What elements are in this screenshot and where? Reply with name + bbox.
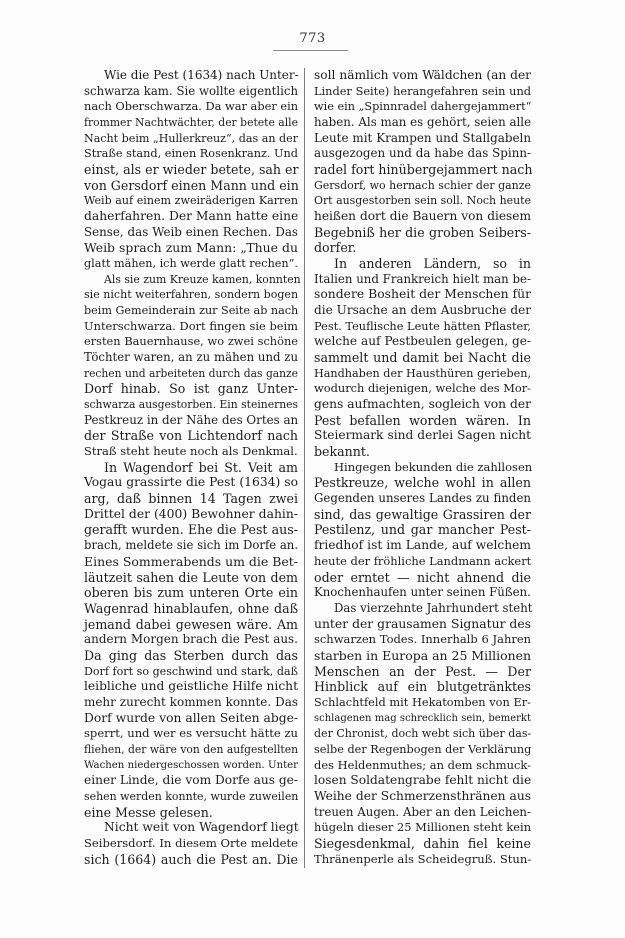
text-line: Begebniß her die groben Seibers- bbox=[314, 225, 531, 241]
text-line: Dorf fort so geschwind und stark, daß bbox=[84, 664, 298, 680]
text-line: Unterschwarza. Dort fingen sie beim bbox=[84, 319, 298, 335]
text-line: Menschen an der Pest. — Der bbox=[314, 664, 531, 680]
text-line: Gegenden unseres Landes zu finden bbox=[314, 491, 531, 507]
text-line: Weihe der Schmerzensthränen aus bbox=[314, 789, 531, 805]
text-line: friedhof ist im Lande, auf welchem bbox=[314, 538, 531, 554]
text-line: schwarzen Todes. Innerhalb 6 Jahren bbox=[314, 632, 531, 648]
text-line: Töchter waren, an zu mähen und zu bbox=[84, 350, 298, 366]
text-line: wie ein „Spinnradel dahergejammert“ bbox=[314, 99, 531, 115]
text-line: Straß steht heute noch als Denkmal. bbox=[84, 444, 298, 460]
text-line: Gersdorf, wo hernach schier der ganze bbox=[314, 178, 531, 194]
text-line: Sense, das Weib einen Rechen. Das bbox=[84, 225, 298, 241]
text-line: gerafft wurden. Ehe die Pest aus- bbox=[84, 522, 298, 538]
text-line: gens aufmachten, sogleich von der bbox=[314, 397, 531, 413]
text-line: In anderen Ländern, so in bbox=[314, 256, 531, 272]
text-line: eine Messe gelesen. bbox=[84, 805, 298, 821]
text-line: hügeln dieser 25 Millionen steht kein bbox=[314, 820, 531, 836]
text-line: oder erntet — nicht ahnend die bbox=[314, 570, 531, 586]
text-line: Seibersdorf. In diesem Orte meldete bbox=[84, 836, 298, 852]
text-line: soll nämlich vom Wäldchen (an der bbox=[314, 68, 531, 84]
text-line: der Chronist, doch webt sich über das- bbox=[314, 726, 531, 742]
text-line: mehr zurecht kommen konnte. Das bbox=[84, 695, 298, 711]
text-line: läutzeit sahen die Leute von dem bbox=[84, 570, 298, 586]
header-rule bbox=[273, 50, 348, 51]
text-line: Pestkreuz in der Nähe des Ortes an bbox=[84, 413, 298, 429]
text-line: sondere Bosheit der Menschen für bbox=[314, 287, 531, 303]
text-line: Italien und Frankreich hielt man be- bbox=[314, 272, 531, 288]
text-line: nach Oberschwarza. Da war aber ein bbox=[84, 99, 298, 115]
text-line: frommer Nachtwächter, der betete alle bbox=[84, 115, 298, 131]
text-line: Da ging das Sterben durch das bbox=[84, 648, 298, 664]
text-line: Knochenhaufen unter seinen Füßen. bbox=[314, 585, 531, 601]
text-line: Steiermark sind derlei Sagen nicht bbox=[314, 428, 531, 444]
text-line: welche auf Pestbeulen gelegen, ge- bbox=[314, 334, 531, 350]
text-line: Pest befallen worden wären. In bbox=[314, 413, 531, 429]
text-line: sammelt und damit bei Nacht die bbox=[314, 350, 531, 366]
text-line: Ort ausgestorben sein soll. Noch heute bbox=[314, 193, 531, 209]
text-line: wodurch diejenigen, welche des Mor- bbox=[314, 381, 531, 397]
text-line: In Wagendorf bei St. Veit am bbox=[84, 460, 298, 476]
text-line: Dorf hinab. So ist ganz Unter- bbox=[84, 381, 298, 397]
text-line: andern Morgen brach die Pest aus. bbox=[84, 632, 298, 648]
text-line: Straße stand, einen Rosenkranz. Und bbox=[84, 146, 298, 162]
page-number: 773 bbox=[0, 31, 625, 46]
text-line: Nicht weit von Wagendorf liegt bbox=[84, 820, 298, 836]
text-line: schwarza ausgestorben. Ein steinernes bbox=[84, 397, 298, 413]
text-line: des Heldenmuthes; an dem schmuck- bbox=[314, 758, 531, 774]
text-line: schlagenen mag schrecklich sein, bemerkt bbox=[314, 711, 531, 727]
text-line: Weib sprach zum Mann: „Thue du bbox=[84, 240, 298, 256]
text-line: heute der fröhliche Landmann ackert bbox=[314, 554, 531, 570]
text-line: einer Linde, die vom Dorfe aus ge- bbox=[84, 773, 298, 789]
text-line: Siegesdenkmal, dahin fiel keine bbox=[314, 836, 531, 852]
text-line: arg, daß binnen 14 Tagen zwei bbox=[84, 491, 298, 507]
text-line: Dorf wurde von allen Seiten abge- bbox=[84, 711, 298, 727]
text-line: Handhaben der Hausthüren gerieben, bbox=[314, 366, 531, 382]
text-line: treuen Augen. Aber an den Leichen- bbox=[314, 805, 531, 821]
text-line: unter der grausamen Signatur des bbox=[314, 617, 531, 633]
text-line: oberen bis zum unteren Orte ein bbox=[84, 585, 298, 601]
text-line: Nacht beim „Hullerkreuz“, das an der bbox=[84, 131, 298, 147]
text-line: dorfer. bbox=[314, 240, 531, 256]
text-line: Drittel der (400) Bewohner dahin- bbox=[84, 507, 298, 523]
text-line: schwarza kam. Sie wollte eigentlich bbox=[84, 84, 298, 100]
text-line: Weib auf einem zweiräderigen Karren bbox=[84, 193, 298, 209]
text-line: Vogau grassirte die Pest (1634) so bbox=[84, 475, 298, 491]
text-line: rechen und arbeiteten durch das ganze bbox=[84, 366, 298, 382]
text-line: Leute mit Krampen und Stallgabeln bbox=[314, 131, 531, 147]
text-line: Hingegen bekunden die zahllosen bbox=[314, 460, 531, 476]
text-line: die Ursache an dem Ausbruche der bbox=[314, 303, 531, 319]
column-divider bbox=[304, 68, 305, 868]
text-line: sehen werden konnte, wurde zuweilen bbox=[84, 789, 298, 805]
text-line: Eines Sommerabends um die Bet- bbox=[84, 554, 298, 570]
text-line: ausgezogen und da habe das Spinn- bbox=[314, 146, 531, 162]
text-line: sperrt, und wer es versucht hätte zu bbox=[84, 726, 298, 742]
text-line: beim Gemeinderain zur Seite ab nach bbox=[84, 303, 298, 319]
text-line: bekannt. bbox=[314, 444, 531, 460]
text-line: Hinblick auf ein blutgetränktes bbox=[314, 679, 531, 695]
text-line: fliehen, der wäre von den aufgestellten bbox=[84, 742, 298, 758]
text-line: jemand dabei gewesen wäre. Am bbox=[84, 617, 298, 633]
text-line: haben. Als man es gehört, seien alle bbox=[314, 115, 531, 131]
text-line: sie nicht weiterfahren, sondern bogen bbox=[84, 287, 298, 303]
text-line: Pestilenz, und gar mancher Pest- bbox=[314, 522, 531, 538]
text-line: selbe der Regenbogen der Verklärung bbox=[314, 742, 531, 758]
text-line: Schlachtfeld mit Hekatomben von Er- bbox=[314, 695, 531, 711]
text-line: Linder Seite) herangefahren sein und bbox=[314, 84, 531, 100]
text-line: Als sie zum Kreuze kamen, konnten bbox=[84, 272, 298, 288]
document-page: 773 Wie die Pest (1634) nach Unter-schwa… bbox=[0, 0, 625, 938]
text-line: Das vierzehnte Jahrhundert steht bbox=[314, 601, 531, 617]
text-line: heißen dort die Bauern von diesem bbox=[314, 209, 531, 225]
text-line: von Gersdorf einen Mann und ein bbox=[84, 178, 298, 194]
text-line: sich (1664) auch die Pest an. Die bbox=[84, 852, 298, 868]
left-column: Wie die Pest (1634) nach Unter-schwarza … bbox=[84, 68, 298, 867]
text-line: Pest. Teuflische Leute hätten Pflaster, bbox=[314, 319, 531, 335]
text-line: brach, meldete sie sich im Dorfe an. bbox=[84, 538, 298, 554]
text-line: Wagenrad hinablaufen, ohne daß bbox=[84, 601, 298, 617]
text-line: einst, als er wieder betete, sah er bbox=[84, 162, 298, 178]
text-line: starben in Europa an 25 Millionen bbox=[314, 648, 531, 664]
text-line: leibliche und geistliche Hilfe nicht bbox=[84, 679, 298, 695]
text-line: ersten Bauernhause, wo zwei schöne bbox=[84, 334, 298, 350]
text-line: glatt mähen, ich werde glatt rechen“. bbox=[84, 256, 298, 272]
text-line: daherfahren. Der Mann hatte eine bbox=[84, 209, 298, 225]
text-line: Pestkreuze, welche wohl in allen bbox=[314, 475, 531, 491]
text-line: Wie die Pest (1634) nach Unter- bbox=[84, 68, 298, 84]
text-line: radel fort hinübergejammert nach bbox=[314, 162, 531, 178]
text-line: der Straße von Lichtendorf nach bbox=[84, 428, 298, 444]
text-line: sind, das gewaltige Grassiren der bbox=[314, 507, 531, 523]
text-line: losen Soldatengrabe fehlt nicht die bbox=[314, 773, 531, 789]
right-column: soll nämlich vom Wäldchen (an derLinder … bbox=[314, 68, 531, 867]
text-line: Thränenperle als Scheidegruß. Stun- bbox=[314, 852, 531, 868]
text-line: Wachen niedergeschossen worden. Unter bbox=[84, 758, 298, 774]
